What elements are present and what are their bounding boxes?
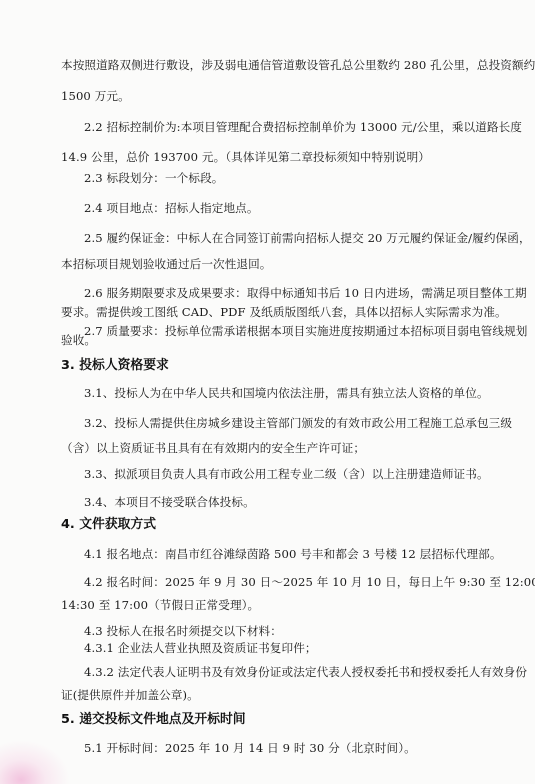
clause-2-7: 2.7 质量要求：投标单位需承诺根据本项目实施进度按期通过本招标项目弱电管线规划 xyxy=(84,324,528,338)
paragraph-line: 14:30 至 17:00（节假日正常受理）。 xyxy=(61,598,259,612)
document-page: 本按照道路双侧进行敷设，涉及弱电通信管道敷设管孔总公里数约 280 孔公里，总投… xyxy=(0,0,535,784)
clause-2-4: 2.4 项目地点：招标人指定地点。 xyxy=(84,201,259,215)
section-heading-3: 3. 投标人资格要求 xyxy=(61,358,169,374)
paragraph-line: （含）以上资质证书且具有在有效期内的安全生产许可证； xyxy=(61,441,365,455)
clause-2-2: 2.2 招标控制价为:本项目管理配合费招标控制单价为 13000 元/公里，乘以… xyxy=(84,120,522,134)
clause-4-1: 4.1 报名地点：南昌市红谷滩绿茵路 500 号丰和都会 3 号楼 12 层招标… xyxy=(84,547,502,561)
clause-3-2: 3.2、投标人需提供住房城乡建设主管部门颁发的有效市政公用工程施工总承包三级 xyxy=(84,416,512,430)
clause-4-3: 4.3 投标人在报名时须提交以下材料： xyxy=(84,624,282,638)
clause-3-1: 3.1、投标人为在中华人民共和国境内依法注册，需具有独立法人资格的单位。 xyxy=(84,386,489,400)
clause-4-3-1: 4.3.1 企业法人营业执照及资质证书复印件； xyxy=(84,641,317,655)
paragraph-line: 本按照道路双侧进行敷设，涉及弱电通信管道敷设管孔总公里数约 280 孔公里，总投… xyxy=(61,58,535,72)
clause-5-1: 5.1 开标时间：2025 年 10 月 14 日 9 时 30 分（北京时间）… xyxy=(84,741,416,755)
paragraph-line: 要求。需提供竣工图纸 CAD、PDF 及纸质版图纸八套，具体以招标人实际需求为准… xyxy=(61,305,507,319)
scan-stain xyxy=(0,740,70,784)
clause-4-2: 4.2 报名时间：2025 年 9 月 30 日～2025 年 10 月 10 … xyxy=(84,575,535,589)
paragraph-line: 验收。 xyxy=(61,333,96,347)
clause-3-4: 3.4、本项目不接受联合体投标。 xyxy=(84,495,255,509)
paragraph-line: 14.9 公里，总价 193700 元。（具体详见第二章投标须知中特别说明） xyxy=(61,150,430,164)
clause-3-3: 3.3、拟派项目负责人具有市政公用工程专业二级（含）以上注册建造师证书。 xyxy=(84,467,489,481)
section-heading-4: 4. 文件获取方式 xyxy=(61,517,156,533)
section-heading-5: 5. 递交投标文件地点及开标时间 xyxy=(61,712,246,728)
paragraph-line: 1500 万元。 xyxy=(61,89,130,103)
paragraph-line: 本招标项目规划验收通过后一次性退回。 xyxy=(61,257,272,271)
clause-4-3-2: 4.3.2 法定代表人证明书及有效身份证或法定代表人授权委托书和授权委托人有效身… xyxy=(84,665,527,679)
paragraph-line: 证(提供原件并加盖公章)。 xyxy=(61,688,199,702)
clause-2-3: 2.3 标段划分：一个标段。 xyxy=(84,171,223,185)
clause-2-6: 2.6 服务期限要求及成果要求：取得中标通知书后 10 日内进场，需满足项目整体… xyxy=(84,286,527,300)
clause-2-5: 2.5 履约保证金：中标人在合同签订前需向招标人提交 20 万元履约保证金/履约… xyxy=(84,231,531,245)
